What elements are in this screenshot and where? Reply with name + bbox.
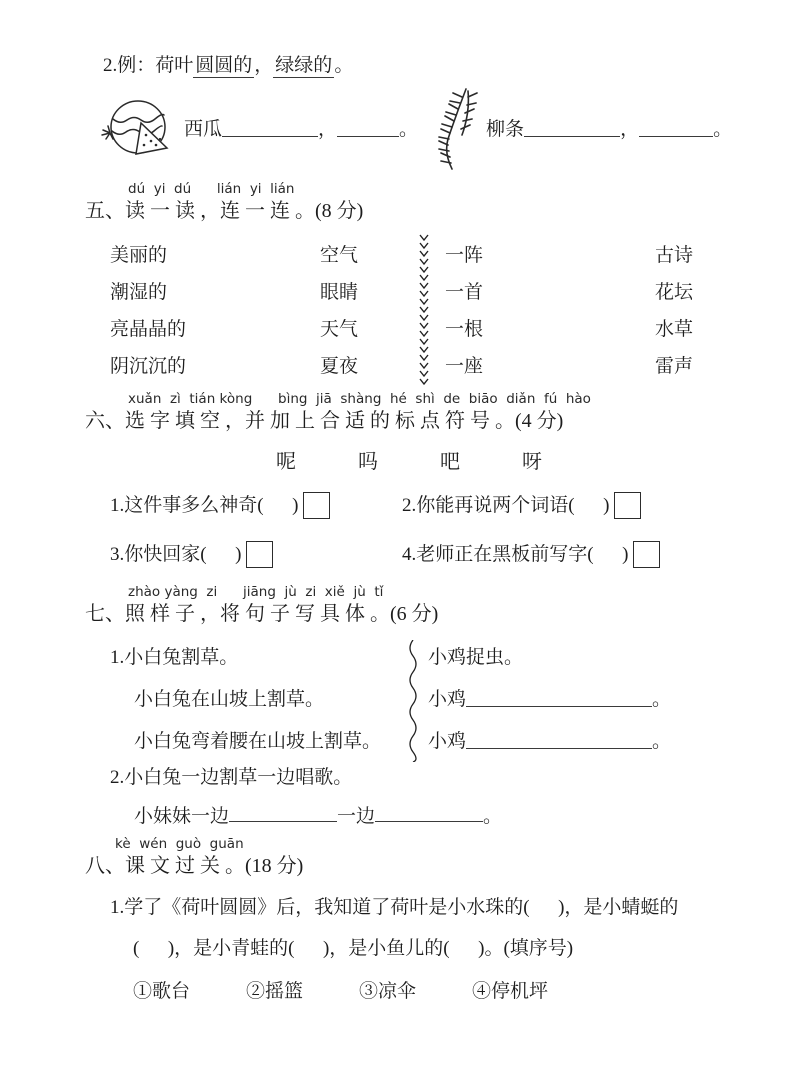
match-item[interactable]: 美丽的 xyxy=(110,242,320,269)
answer-line: 小妹妹一边一边。 xyxy=(134,803,793,830)
period: 。 xyxy=(652,686,671,713)
example-sentence: 1.小白兔割草。 xyxy=(110,636,398,678)
example-prefix: 2.例：荷叶 xyxy=(103,55,193,76)
example-sentence: 2.小白兔一边割草一边唱歌。 xyxy=(110,764,793,791)
arrow-column-divider-icon xyxy=(418,233,430,389)
fill-item-text: 4.老师正在黑板前写字( ) xyxy=(402,541,628,568)
section7-heading: 七、照 样 子 ，将 句 子 写 具 体 。(6 分) xyxy=(85,601,793,628)
divider-column xyxy=(398,636,428,762)
blank-line[interactable] xyxy=(222,121,318,137)
fill-item-text: 2.你能再说两个词语( ) xyxy=(402,492,609,519)
section6-items: 1.这件事多么神奇( ) 2.你能再说两个词语( ) 3.你快回家( ) 4.老… xyxy=(110,492,793,568)
comma: ， xyxy=(620,116,639,143)
choice-word[interactable]: 吗 xyxy=(358,449,378,476)
blank-line[interactable] xyxy=(375,806,483,822)
period: 。 xyxy=(652,728,671,755)
option-item[interactable]: ①歌台 xyxy=(133,978,190,1005)
answer-line: 小鸡。 xyxy=(428,720,671,762)
blank-line[interactable] xyxy=(466,733,652,749)
option-item[interactable]: ④停机坪 xyxy=(472,978,548,1005)
section8-heading: 八、课 文 过 关 。(18 分) xyxy=(85,853,793,880)
answer-column: 小鸡捉虫。 小鸡。 小鸡。 xyxy=(428,636,671,762)
fill-item-text: 1.这件事多么神奇( ) xyxy=(110,492,298,519)
answer-prefix: 小鸡 xyxy=(428,728,466,755)
blank-line[interactable] xyxy=(229,806,337,822)
match-item[interactable]: 天气 xyxy=(320,316,420,343)
period: 。 xyxy=(334,55,353,76)
blank-line[interactable] xyxy=(466,691,652,707)
fill-item: 1.这件事多么神奇( ) xyxy=(110,492,402,519)
match-item[interactable]: 一首 xyxy=(445,279,655,306)
match-item[interactable]: 花坛 xyxy=(655,279,693,306)
blank-line[interactable] xyxy=(337,121,399,137)
squiggle-divider-icon xyxy=(404,640,420,762)
section8-pinyin: kè wén guò guān xyxy=(115,836,793,853)
comma: ， xyxy=(254,55,273,76)
answer-line: 小鸡。 xyxy=(428,678,671,720)
match-item[interactable]: 眼睛 xyxy=(320,279,420,306)
section7-pinyin: zhào yàng zi jiāng jù zi xiě jù tǐ xyxy=(128,584,793,601)
fill-in-row: 西瓜 ，。 柳条 ，。 xyxy=(96,87,793,171)
match-item[interactable]: 夏夜 xyxy=(320,353,420,380)
blank-line[interactable] xyxy=(639,121,713,137)
choice-word[interactable]: 呀 xyxy=(522,449,542,476)
answer-prefix: 小鸡 xyxy=(428,686,466,713)
match-item[interactable]: 雷声 xyxy=(655,353,693,380)
answer-middle: 一边 xyxy=(337,806,375,827)
example-sentence: 小白兔在山坡上割草。 xyxy=(110,678,398,720)
answer-prefix: 小妹妹一边 xyxy=(134,806,229,827)
match-item[interactable]: 一阵 xyxy=(445,242,655,269)
fill-item-text: 3.你快回家( ) xyxy=(110,541,241,568)
match-item[interactable]: 水草 xyxy=(655,316,693,343)
worksheet-page: 2.例：荷叶圆圆的，绿绿的。 西瓜 ，。 xyxy=(0,0,793,1070)
comma: ， xyxy=(318,116,337,143)
answer-example: 小鸡捉虫。 xyxy=(428,636,671,678)
section6-pinyin: xuǎn zì tián kòng bìng jiā shàng hé shì … xyxy=(128,391,793,408)
match-item[interactable]: 亮晶晶的 xyxy=(110,316,320,343)
fill-item: 2.你能再说两个词语( ) xyxy=(402,492,793,519)
blank-line[interactable] xyxy=(524,121,620,137)
answer-box[interactable] xyxy=(246,541,273,568)
match-item[interactable]: 一根 xyxy=(445,316,655,343)
answer-box[interactable] xyxy=(614,492,641,519)
match-item[interactable]: 潮湿的 xyxy=(110,279,320,306)
fill-item: 4.老师正在黑板前写字( ) xyxy=(402,541,793,568)
watermelon-label: 西瓜 xyxy=(184,116,222,143)
example-column: 1.小白兔割草。 小白兔在山坡上割草。 小白兔弯着腰在山坡上割草。 xyxy=(110,636,398,762)
match-item[interactable]: 空气 xyxy=(320,242,420,269)
underlined-answer: 圆圆的 xyxy=(193,55,254,78)
numbered-options: ①歌台 ②摇篮 ③凉伞 ④停机坪 xyxy=(133,978,793,1005)
example-sentence-line: 2.例：荷叶圆圆的，绿绿的。 xyxy=(103,52,793,79)
watermelon-icon xyxy=(96,93,176,165)
choice-word[interactable]: 呢 xyxy=(276,449,296,476)
cloze-line: ( )，是小青蛙的( )，是小鱼儿的( )。(填序号) xyxy=(133,935,793,962)
willow-label: 柳条 xyxy=(486,116,524,143)
section6-heading: 六、选 字 填 空 ，并 加 上 合 适 的 标 点 符 号 。(4 分) xyxy=(85,408,793,435)
cloze-line: 1.学了《荷叶圆圆》后，我知道了荷叶是小水珠的( )，是小蜻蜓的 xyxy=(110,894,793,921)
matching-exercise: 美丽的 空气 一阵 古诗 潮湿的 眼睛 一首 花坛 亮晶晶的 天气 一根 水草 … xyxy=(110,237,730,385)
fill-item: 3.你快回家( ) xyxy=(110,541,402,568)
option-item[interactable]: ③凉伞 xyxy=(359,978,416,1005)
sentence-expansion-exercise: 1.小白兔割草。 小白兔在山坡上割草。 小白兔弯着腰在山坡上割草。 小鸡捉虫。 … xyxy=(110,636,793,762)
period: 。 xyxy=(399,116,418,143)
willow-branch-icon xyxy=(432,87,482,171)
section5-heading: 五、读 一 读 ，连 一 连 。(8 分) xyxy=(85,198,793,225)
underlined-answer: 绿绿的 xyxy=(273,55,334,78)
period: 。 xyxy=(483,806,502,827)
match-item[interactable]: 一座 xyxy=(445,353,655,380)
section5-pinyin: dú yi dú lián yi lián xyxy=(128,181,793,198)
option-item[interactable]: ②摇篮 xyxy=(246,978,303,1005)
word-choices: 呢 吗 吧 呀 xyxy=(276,449,793,476)
choice-word[interactable]: 吧 xyxy=(440,449,460,476)
match-item[interactable]: 阴沉沉的 xyxy=(110,353,320,380)
answer-box[interactable] xyxy=(633,541,660,568)
answer-box[interactable] xyxy=(303,492,330,519)
match-item[interactable]: 古诗 xyxy=(655,242,693,269)
period: 。 xyxy=(713,116,732,143)
example-sentence: 小白兔弯着腰在山坡上割草。 xyxy=(110,720,398,762)
